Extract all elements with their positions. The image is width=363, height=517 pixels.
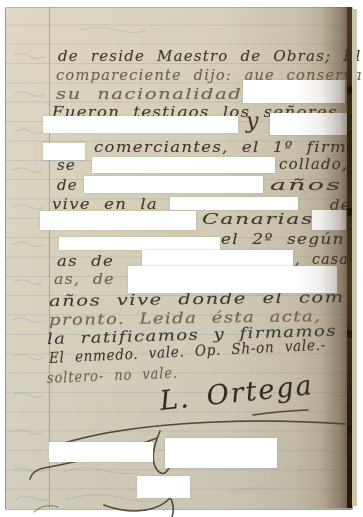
redaction-box bbox=[170, 197, 298, 210]
redaction-box bbox=[84, 176, 263, 193]
redaction-box bbox=[43, 143, 85, 160]
binding-shadow bbox=[296, 7, 348, 508]
redaction-box bbox=[142, 250, 293, 266]
handwritten-line-8-left: de bbox=[57, 175, 78, 195]
redaction-box bbox=[40, 211, 196, 230]
scanned-document-screenshot: de reside Maestro de Obras; El compareci… bbox=[0, 0, 363, 517]
corner-pen-marks bbox=[34, 506, 58, 512]
handwritten-word-y: y bbox=[246, 112, 260, 132]
redaction-box bbox=[59, 237, 220, 250]
handwritten-line-3: su nacionalidad bbox=[56, 84, 242, 104]
redaction-box bbox=[49, 442, 153, 462]
redaction-box bbox=[165, 438, 277, 468]
stitch-mark bbox=[347, 208, 352, 216]
redaction-box bbox=[137, 476, 190, 498]
next-page-edge bbox=[352, 9, 357, 506]
stitch-mark bbox=[347, 330, 352, 338]
handwritten-line-13: as, de bbox=[54, 269, 115, 289]
stitch-mark bbox=[347, 426, 352, 434]
stitch-mark bbox=[347, 86, 352, 94]
handwritten-line-12-left: as de bbox=[57, 251, 114, 271]
redaction-box bbox=[43, 116, 238, 133]
redaction-box bbox=[92, 157, 275, 173]
